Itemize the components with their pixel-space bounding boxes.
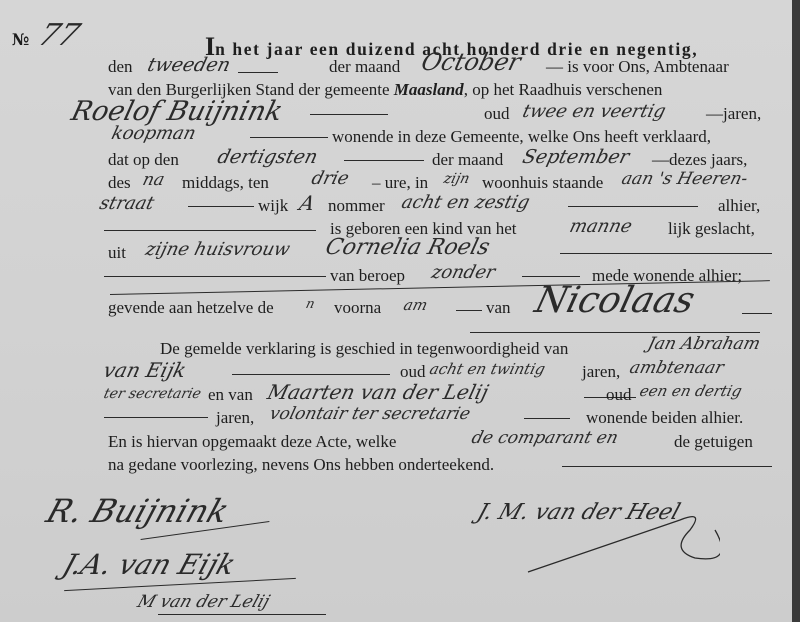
text-gevende: gevende aan hetzelve de <box>108 298 274 318</box>
hw-witness1-l1: Jan Abraham <box>646 334 763 354</box>
text-alhier: alhier, <box>718 196 760 216</box>
rule <box>250 137 328 138</box>
rule <box>188 206 254 207</box>
hw-mother-occupation: zonder <box>429 262 497 283</box>
text-jaren-w2: jaren, <box>216 408 254 428</box>
text-dat-op-den: dat op den <box>108 150 179 170</box>
text-van-beroep: van beroep <box>330 266 405 286</box>
rule <box>522 276 580 277</box>
rule <box>344 160 424 161</box>
hw-witness2-name: Maarten van der Lelij <box>265 380 491 404</box>
hw-month: October <box>419 48 524 76</box>
text-van: van <box>486 298 511 318</box>
rule <box>560 253 772 254</box>
hw-suffix-am: am <box>402 296 430 314</box>
rule <box>310 114 388 115</box>
text-gemelde-verklaring: De gemelde verklaring is geschied in teg… <box>160 339 568 359</box>
signature-witness2: M van der Lelij <box>135 592 272 612</box>
rule <box>456 310 482 311</box>
certificate-page: № 77 In het jaar een duizend acht honder… <box>0 0 792 622</box>
signature-declarant: R. Buijnink <box>42 492 234 530</box>
text-wonende-beiden: wonende beiden alhier. <box>586 408 743 428</box>
hw-child-name: Nicolaas <box>531 280 699 321</box>
hw-witness1-occ-1: ambtenaar <box>628 358 726 378</box>
hw-signers: de comparant en <box>470 428 621 448</box>
hw-birth-day: dertigsten <box>215 146 320 168</box>
text-middags: middags, ten <box>182 173 269 193</box>
rule <box>104 417 208 418</box>
hw-mother-name: Cornelia Roels <box>323 235 492 260</box>
hw-witness2-age: een en dertig <box>638 382 744 400</box>
rule <box>232 374 390 375</box>
text-den: den <box>108 57 133 77</box>
text-voorna: voorna <box>334 298 381 318</box>
text-woonhuis: woonhuis staande <box>482 173 603 193</box>
hw-occupation: koopman <box>109 123 198 144</box>
hw-declarant-age: twee en veertig <box>520 101 667 122</box>
rule <box>104 230 316 231</box>
text-nommer: nommer <box>328 196 385 216</box>
rule <box>158 614 326 615</box>
hw-hour: drie <box>309 168 351 189</box>
text-wijk: wijk <box>258 196 288 216</box>
rule <box>568 206 698 207</box>
hw-witness2-occ: volontair ter secretarie <box>268 404 473 424</box>
hw-street-2: straat <box>97 193 156 214</box>
text-der-maand-2: der maand <box>432 150 503 170</box>
text-lijk-geslacht: lijk geslacht, <box>668 219 755 239</box>
hw-suffix-n: n <box>304 297 316 312</box>
text-hiervan-opgemaakt: En is hiervan opgemaakt deze Acte, welke <box>108 432 396 452</box>
hw-house-number: acht en zestig <box>399 192 531 213</box>
hw-sex: manne <box>567 216 634 237</box>
hw-mother-relation: zijne huisvrouw <box>143 239 292 260</box>
text-uit: uit <box>108 243 126 263</box>
signature-flourish-icon <box>520 500 720 580</box>
rule <box>742 313 772 314</box>
line-5: wonende in deze Gemeente, welke Ons heef… <box>332 127 711 147</box>
hw-witness1-age: acht en twintig <box>428 360 547 378</box>
text-jaren-w1: jaren, <box>582 362 620 382</box>
rule <box>104 276 326 277</box>
rule <box>524 418 570 419</box>
text-voorlezing: na gedane voorlezing, nevens Ons hebben … <box>108 455 494 475</box>
hw-birth-month: September <box>520 146 631 168</box>
hw-day: tweeden <box>145 54 233 76</box>
signature-witness1: J.A. van Eijk <box>59 548 240 581</box>
text-oud: oud <box>484 104 510 124</box>
hw-house-owner: zijn <box>442 171 471 187</box>
text-en-van: en van <box>208 385 253 405</box>
text-der-maand: der maand <box>329 57 400 77</box>
text-des: des <box>108 173 131 193</box>
text-dezes-jaars: —dezes jaars, <box>652 150 747 170</box>
hw-part-of-day: na <box>141 170 167 190</box>
hw-witness1-occ-2: ter secretarie <box>102 386 203 402</box>
text-oud-w2: oud <box>606 385 632 405</box>
hw-witness1-l2: van Eijk <box>101 358 189 382</box>
scan-edge <box>792 0 800 622</box>
text-ure: – ure, in <box>372 173 428 193</box>
rule <box>470 332 760 333</box>
municipality: Maasland <box>394 80 464 99</box>
certificate-number: 77 <box>34 18 85 53</box>
hw-ward: A <box>297 191 317 215</box>
rule <box>562 466 772 467</box>
number-label: № <box>12 30 29 49</box>
text-oud-w1: oud <box>400 362 426 382</box>
text-jaren: —jaren, <box>706 104 761 124</box>
text-ambtenaar: — is voor Ons, Ambtenaar <box>546 57 729 77</box>
text-de-getuigen: de getuigen <box>674 432 753 452</box>
rule <box>238 72 278 73</box>
hw-street-1: aan 's Heeren- <box>620 169 750 189</box>
